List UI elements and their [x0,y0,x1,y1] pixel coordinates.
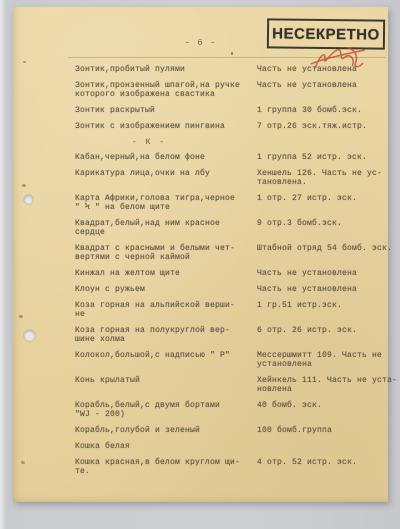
emblem-description: Конь крылатый [75,376,245,394]
unit-attribution: Часть не установлена [257,65,378,74]
catalog-entry: Корабль,голубой и зеленый100 бомб.группа [75,426,378,435]
unit-attribution: 1 отр. 27 истр. эск. [257,194,378,212]
unit-attribution: 40 бомб. эск. [257,401,378,419]
emblem-description: Корабль,белый,с двумя бортами"WJ - 200) [75,401,245,419]
punch-hole-icon [24,330,35,341]
ink-speck [22,184,26,187]
punch-hole-icon [24,195,33,204]
unit-attribution: 1 группа 52 истр. эск. [257,153,378,162]
catalog-entry: Квадрат,белый,над ним красноесердце9 отр… [75,219,378,237]
catalog-entry: Кошка белая [75,442,378,451]
catalog-entry: Коза горная на полукруглой вер-шине холм… [75,326,378,344]
catalog-entry: Колокол,большой,с надписью " Р"Мессершми… [75,351,378,369]
entry-rows: Зонтик,пробитый пулямиЧасть не установле… [75,65,378,483]
catalog-entry: Кинжал на желтом щитеЧасть не установлен… [75,269,378,278]
unit-attribution: Хейнкель 111. Часть не уста-новлена [257,376,397,394]
unit-attribution: 6 отр. 26 истр. эск. [257,326,378,344]
catalog-entry: Карикатура лица,очки на лбуХеншель 126. … [75,169,378,187]
header-rule [68,57,386,58]
catalog-entry: Корабль,белый,с двумя бортами"WJ - 200)4… [75,401,378,419]
scanned-document-page: { "document": { "stamp_label": "НЕСЕКРЕТ… [0,0,400,529]
emblem-description: Колокол,большой,с надписью " Р" [75,351,245,369]
emblem-description: Карикатура лица,очки на лбу [75,169,245,187]
emblem-description: Зонтик,пронзенный шпагой,на ручкекоторог… [75,81,245,99]
catalog-entry: Коза горная на альпийской верши-не1 гр.5… [75,301,378,319]
unit-attribution: 100 бомб.группа [257,426,378,435]
catalog-entry: Кабан,черный,на белом фоне1 группа 52 ис… [75,153,378,162]
unit-attribution: Часть не установлена [257,81,378,99]
emblem-description: Кошка белая [75,442,245,451]
unit-attribution: Часть не установлена [257,285,378,294]
catalog-entry: Конь крылатыйХейнкель 111. Часть не уста… [75,376,378,394]
emblem-description: Кошка красная,в белом круглом щи-те. [75,458,245,476]
emblem-description: Коза горная на альпийской верши-не [75,301,245,319]
catalog-entry: Клоун с ружьемЧасть не установлена [75,285,378,294]
unit-attribution: Штабной отряд 54 бомб. эск. [257,244,392,262]
unit-attribution: Часть не установлена [257,269,378,278]
unit-attribution: 1 группа 30 бомб.эск. [257,106,378,115]
emblem-description: Зонтик,пробитый пулями [75,65,245,74]
unit-attribution: Мессершмитт 109. Часть неустановлена [257,351,382,369]
emblem-description: Клоун с ружьем [75,285,245,294]
emblem-description: Квадрат с красными и белыми чет-вертями … [75,244,245,262]
unit-attribution: 1 гр.51 истр.эск. [257,301,378,319]
emblem-description: Коза горная на полукруглой вер-шине холм… [75,326,245,344]
emblem-description: Зонтик с изображением пингвина [75,122,245,131]
emblem-description: Кинжал на желтом щите [75,269,245,278]
catalog-entry: Зонтик раскрытый1 группа 30 бомб.эск. [75,106,378,115]
page-number: - 6 - [13,38,388,48]
emblem-description: Квадрат,белый,над ним красноесердце [75,219,245,237]
catalog-entry: Кошка красная,в белом круглом щи-те.4 от… [75,458,378,476]
emblem-description: Корабль,голубой и зеленый [75,426,245,435]
emblem-description: Зонтик раскрытый [75,106,245,115]
unit-attribution: Хеншель 126. Часть не ус-тановлена. [257,169,382,187]
unit-attribution: 9 отр.3 бомб.эск. [257,219,378,237]
catalog-entry: Квадрат с красными и белыми чет-вертями … [75,244,378,262]
unit-attribution [257,442,378,451]
section-divider: - К - [132,138,378,147]
emblem-description: Карта Африки,голова тигра,черное" Ϟ " на… [75,194,245,212]
document-paper: НЕСЕКРЕТНО - 6 - Зонтик,пробитый пулямиЧ… [13,7,388,502]
emblem-description: Кабан,черный,на белом фоне [75,153,245,162]
unit-attribution: 4 отр. 52 истр. эск. [257,458,378,476]
catalog-entry: Карта Африки,голова тигра,черное" Ϟ " на… [75,194,378,212]
catalog-entry: Зонтик с изображением пингвина7 отр.26 э… [75,122,378,131]
catalog-entry: Зонтик,пронзенный шпагой,на ручкекоторог… [75,81,378,99]
unit-attribution: 7 отр.26 эск.тяж.истр. [257,122,378,131]
catalog-entry: Зонтик,пробитый пулямиЧасть не установле… [75,65,378,74]
ink-speck [21,460,26,464]
ink-speck [19,315,23,318]
ink-speck [23,61,26,63]
ink-dot [231,52,233,55]
